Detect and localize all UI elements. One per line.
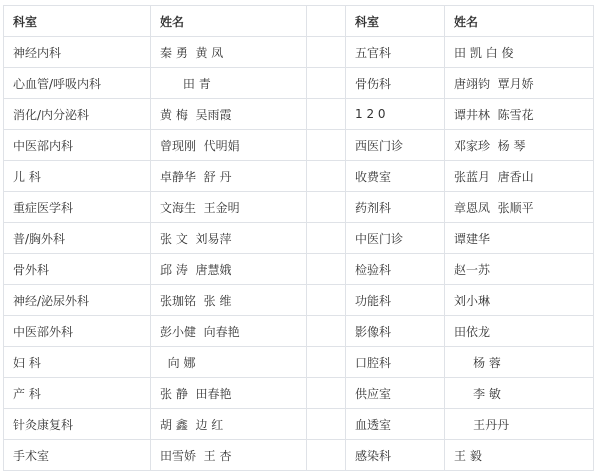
- right-dept-cell: 西医门诊: [346, 130, 445, 161]
- left-dept-cell: 心血管/呼吸内科: [4, 68, 151, 99]
- left-dept-cell: 中医部内科: [4, 130, 151, 161]
- left-dept-cell: 普/胸外科: [4, 223, 151, 254]
- column-spacer: [307, 99, 346, 130]
- left-dept-cell: 中医部外科: [4, 316, 151, 347]
- right-dept-cell: 供应室: [346, 378, 445, 409]
- right-names-cell: 田依龙: [445, 316, 594, 347]
- column-spacer: [307, 68, 346, 99]
- left-names-cell: 张 静 田春艳: [151, 378, 307, 409]
- table-row: 中医部内科曾现刚 代明娟西医门诊邓家珍 杨 琴: [4, 130, 594, 161]
- left-names-cell: 秦 勇 黄 凤: [151, 37, 307, 68]
- left-dept-cell: 消化/内分泌科: [4, 99, 151, 130]
- right-dept-cell: 功能科: [346, 285, 445, 316]
- column-spacer: [307, 254, 346, 285]
- table-row: 中医部外科彭小健 向春艳影像科田依龙: [4, 316, 594, 347]
- header-left-name: 姓名: [151, 6, 307, 37]
- right-dept-cell: 1 2 0: [346, 99, 445, 130]
- column-spacer: [307, 130, 346, 161]
- right-dept-cell: 影像科: [346, 316, 445, 347]
- left-names-cell: 田雪娇 王 杏: [151, 440, 307, 471]
- table-row: 儿 科卓静华 舒 丹收费室张蓝月 唐香山: [4, 161, 594, 192]
- right-dept-cell: 五官科: [346, 37, 445, 68]
- right-names-cell: 邓家珍 杨 琴: [445, 130, 594, 161]
- table-row: 心血管/呼吸内科 田 青骨伤科唐翊钧 覃月娇: [4, 68, 594, 99]
- left-names-cell: 田 青: [151, 68, 307, 99]
- column-spacer: [307, 440, 346, 471]
- header-right-dept: 科室: [346, 6, 445, 37]
- right-dept-cell: 收费室: [346, 161, 445, 192]
- right-dept-cell: 中医门诊: [346, 223, 445, 254]
- column-spacer: [307, 192, 346, 223]
- left-names-cell: 曾现刚 代明娟: [151, 130, 307, 161]
- right-names-cell: 李 敏: [445, 378, 594, 409]
- header-right-name: 姓名: [445, 6, 594, 37]
- left-dept-cell: 骨外科: [4, 254, 151, 285]
- right-names-cell: 赵一苏: [445, 254, 594, 285]
- table-row: 重症医学科文海生 王金明药剂科章恩凤 张顺平: [4, 192, 594, 223]
- right-names-cell: 唐翊钧 覃月娇: [445, 68, 594, 99]
- left-names-cell: 黄 梅 吴雨霞: [151, 99, 307, 130]
- header-row: 科室 姓名 科室 姓名: [4, 6, 594, 37]
- right-dept-cell: 感染科: [346, 440, 445, 471]
- left-names-cell: 胡 鑫 边 红: [151, 409, 307, 440]
- table-row: 神经/泌尿外科张珈铭 张 维功能科刘小琳: [4, 285, 594, 316]
- table-row: 产 科张 静 田春艳供应室 李 敏: [4, 378, 594, 409]
- column-spacer: [307, 378, 346, 409]
- left-dept-cell: 儿 科: [4, 161, 151, 192]
- left-dept-cell: 妇 科: [4, 347, 151, 378]
- left-names-cell: 邱 涛 唐慧娥: [151, 254, 307, 285]
- left-names-cell: 向 娜: [151, 347, 307, 378]
- staff-roster-table: 科室 姓名 科室 姓名 神经内科秦 勇 黄 凤五官科田 凯 白 俊心血管/呼吸内…: [3, 5, 594, 471]
- column-spacer: [307, 6, 346, 37]
- column-spacer: [307, 161, 346, 192]
- right-dept-cell: 血透室: [346, 409, 445, 440]
- left-dept-cell: 神经内科: [4, 37, 151, 68]
- column-spacer: [307, 409, 346, 440]
- right-dept-cell: 检验科: [346, 254, 445, 285]
- right-names-cell: 田 凯 白 俊: [445, 37, 594, 68]
- left-dept-cell: 重症医学科: [4, 192, 151, 223]
- table-row: 手术室田雪娇 王 杏感染科王 毅: [4, 440, 594, 471]
- left-dept-cell: 产 科: [4, 378, 151, 409]
- left-dept-cell: 神经/泌尿外科: [4, 285, 151, 316]
- right-names-cell: 王 毅: [445, 440, 594, 471]
- right-names-cell: 章恩凤 张顺平: [445, 192, 594, 223]
- left-names-cell: 彭小健 向春艳: [151, 316, 307, 347]
- column-spacer: [307, 37, 346, 68]
- left-names-cell: 卓静华 舒 丹: [151, 161, 307, 192]
- right-names-cell: 刘小琳: [445, 285, 594, 316]
- table-row: 妇 科 向 娜口腔科 杨 蓉: [4, 347, 594, 378]
- left-names-cell: 张 文 刘易萍: [151, 223, 307, 254]
- left-dept-cell: 手术室: [4, 440, 151, 471]
- right-names-cell: 杨 蓉: [445, 347, 594, 378]
- left-names-cell: 文海生 王金明: [151, 192, 307, 223]
- table-row: 消化/内分泌科黄 梅 吴雨霞1 2 0谭井林 陈雪花: [4, 99, 594, 130]
- right-dept-cell: 药剂科: [346, 192, 445, 223]
- right-dept-cell: 口腔科: [346, 347, 445, 378]
- table-row: 神经内科秦 勇 黄 凤五官科田 凯 白 俊: [4, 37, 594, 68]
- column-spacer: [307, 316, 346, 347]
- column-spacer: [307, 223, 346, 254]
- table-row: 普/胸外科张 文 刘易萍中医门诊谭建华: [4, 223, 594, 254]
- table-row: 针灸康复科胡 鑫 边 红血透室 王丹丹: [4, 409, 594, 440]
- table-row: 骨外科邱 涛 唐慧娥检验科赵一苏: [4, 254, 594, 285]
- right-names-cell: 王丹丹: [445, 409, 594, 440]
- right-names-cell: 谭井林 陈雪花: [445, 99, 594, 130]
- header-left-dept: 科室: [4, 6, 151, 37]
- column-spacer: [307, 285, 346, 316]
- left-names-cell: 张珈铭 张 维: [151, 285, 307, 316]
- column-spacer: [307, 347, 346, 378]
- right-dept-cell: 骨伤科: [346, 68, 445, 99]
- right-names-cell: 谭建华: [445, 223, 594, 254]
- left-dept-cell: 针灸康复科: [4, 409, 151, 440]
- right-names-cell: 张蓝月 唐香山: [445, 161, 594, 192]
